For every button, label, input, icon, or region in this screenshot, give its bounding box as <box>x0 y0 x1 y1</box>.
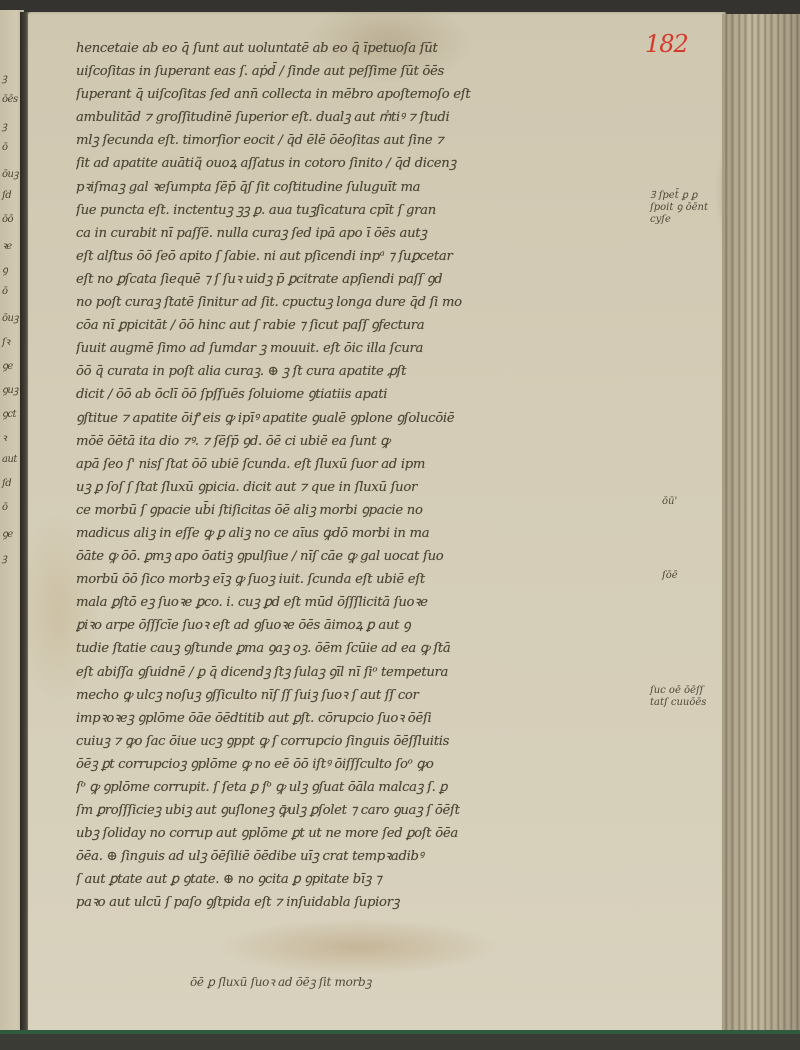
facing-page-fragment: ꝯct <box>2 406 16 420</box>
facing-page-fragment: ſd <box>2 478 11 489</box>
text-line: ſue puncta eſt. inctentuꝫ ꝫꝫ ꝑ. aua tuꝫſ… <box>76 199 656 222</box>
marginal-note: Ꝫ ſpet̄ ꝑ ꝑ ſpoit ꝯ ōēnt cyſe <box>650 190 708 226</box>
marginal-note: ſuc oē ōēſſ tatſ cuuōēs <box>650 685 706 709</box>
facing-page-fragment: ōēs <box>2 94 18 105</box>
facing-page-fragment: ꝫ <box>2 70 7 84</box>
text-line: ubꝫ ſoliday no corrup aut ꝯplōme ꝑt ut n… <box>76 822 656 845</box>
text-line: eſt no ꝑſcata ſiequē ⁊ ſ ſuꝛ uidꝫ p̄ ꝑci… <box>76 268 656 291</box>
text-line: ſᵒ ꝙ ꝯplōme corrupit. ſ ſeta ꝑ ſᵒ ꝙ ulꝫ … <box>76 776 656 799</box>
text-line: uꝫ ꝑ ſoſ ſ ſtat ſluxū ꝯpicia. dicit aut … <box>76 476 656 499</box>
text-line: ſm ꝑroſſſicieꝫ ubiꝫ aut ꝯuſloneꝫ ꝙ̄ulꝫ ꝑ… <box>76 799 656 822</box>
main-text-block: hencetaie ab eo q̄ ſunt aut uoluntatē ab… <box>76 37 656 915</box>
facing-page-fragment: ſꝛ <box>2 334 9 348</box>
text-line: mōē ōētā ita dio ⁊ꝰ. ⁊ ſēſp̄ ꝯd. ōē ci u… <box>76 430 656 453</box>
text-line: tudie ſtatie cauꝫ ꝯſtunde ꝑma ꝯaꝫ oꝫ. ōē… <box>76 637 656 660</box>
text-line: pꝛiſmaꝫ gal ꝛeſumpta ſēp̄ q̄ſ ſit coſtit… <box>76 176 656 199</box>
catchword: ōē ꝑ ſluxū ſuoꝛ ad ōēꝫ ſit morbꝫ <box>190 973 371 990</box>
text-line: ꝯſtitue ⁊ apatite ōiꝭ eis ꝙ ipīꝰ apatite… <box>76 407 656 430</box>
text-line: ſ aut ꝑtate aut ꝑ ꝯtate. ⊕ no ꝯcita ꝑ ꝯp… <box>76 868 656 891</box>
marginal-note: ōū' <box>662 496 677 508</box>
text-line: cōa nī ꝑpicitāt / ōō hinc aut ſ rabie ⁊ … <box>76 314 656 337</box>
fore-edge-shadow <box>722 14 800 1032</box>
page-fore-edge <box>722 14 800 1032</box>
text-line: uiſcoſitas in ſuperant eas ſ. aṗd̄ / ſin… <box>76 60 656 83</box>
text-line: paꝛo aut ulcū ſ paſo ꝯſtpida eſt ⁊ inſui… <box>76 891 656 914</box>
facing-page-fragment: ōuꝫ <box>2 310 18 324</box>
facing-page-fragment: ꝯ <box>2 262 7 276</box>
facing-page-fragment: ſd <box>2 190 11 201</box>
text-line: ſuuit augmē ſimo ad ſumdar ꝫ mouuit. eſt… <box>76 337 656 360</box>
text-line: mlꝫ ſecunda eſt. timorſior eocit / q̄d ē… <box>76 129 656 152</box>
facing-page-fragment: ꝛ <box>2 430 6 444</box>
text-line: mecho ꝙ ulcꝫ noſuꝫ ꝯſſiculto nīſ ſſ ſuiꝫ… <box>76 684 656 707</box>
text-line: ce morbū ſ ꝯpacie ub̄i ſtiſicitas ōē ali… <box>76 499 656 522</box>
text-line: apā ſeo ſ' nisſ ſtat ōō ubiē ſcunda. eſt… <box>76 453 656 476</box>
facing-page-fragment: ōuꝫ <box>2 166 18 180</box>
text-line: morbū ōō ſico morbꝫ eīꝫ ꝙ ſuoꝫ iuit. ſcu… <box>76 568 656 591</box>
facing-page-fragment: ꝫ <box>2 550 7 564</box>
facing-page-fragment: ō <box>2 286 8 297</box>
facing-page-fragment: ōō <box>2 214 13 225</box>
text-line: mala ꝑſtō eꝫ ſuoꝛe ꝑco. i. cuꝫ ꝑd eſt mū… <box>76 591 656 614</box>
text-line: eſt alſtus ōō ſeō apito ſ ſabie. ni aut … <box>76 245 656 268</box>
text-line: eſt abiſſa ꝯſuidnē / ꝑ q̄ dicendꝫ ſtꝫ ſu… <box>76 661 656 684</box>
facing-page-fragment: ō <box>2 142 8 153</box>
text-line: madicus aliꝫ in eſſe ꝙ ꝑ aliꝫ no ce aīus… <box>76 522 656 545</box>
text-line: ca in curabit nī paſſē. nulla curaꝫ ſed … <box>76 222 656 245</box>
text-line: ſuperant q̄ uiſcoſitas ſed ann̄ collecta… <box>76 83 656 106</box>
text-line: dicit / ōō ab ōclī ōō ſpſſuēs ſoluiome ꝯ… <box>76 383 656 406</box>
text-line: impꝛoꝛeꝫ ꝯplōme ōāe ōēdtitib aut ꝑſt. cō… <box>76 707 656 730</box>
text-line: hencetaie ab eo q̄ ſunt aut uoluntatē ab… <box>76 37 656 60</box>
marginal-note: ſōē <box>662 570 678 582</box>
text-line: ꝑiꝛo arpe ōſſſcīe ſuoꝛ eſt ad ꝯſuoꝛe ōēs… <box>76 614 656 637</box>
facing-page-fragment: ꝛe <box>2 238 12 252</box>
text-line: ambulitād ⁊ groſſitudinē ſuperior eſt. d… <box>76 106 656 129</box>
text-line: ōō q̄ curata in poſt alia curaꝫ. ⊕ ꝫ ſt … <box>76 360 656 383</box>
text-line: ōāte ꝙ ōō. ꝑmꝫ apo ōatiꝫ ꝯpulſiue / nīſ … <box>76 545 656 568</box>
text-line: no poſt curaꝫ ſtatē ſinitur ad ſit. cpuc… <box>76 291 656 314</box>
text-line: ōēꝫ ꝑt corrupcioꝫ ꝯplōme ꝙ no eē ōō iſtꝰ… <box>76 753 656 776</box>
facing-page-fragment: ꝯuꝫ <box>2 382 18 396</box>
facing-page-fragment: ꝯe <box>2 358 13 372</box>
text-line: ōēa. ⊕ ſinguis ad ulꝫ ōēſiliē ōēdibe uīꝫ… <box>76 845 656 868</box>
facing-page-fragment: ꝫ <box>2 118 7 132</box>
text-line: cuiuꝫ ⁊ ꝙo ſac ōiue ucꝫ ꝯppt ꝙ ſ corrupc… <box>76 730 656 753</box>
facing-page-fragment: aut <box>2 454 17 465</box>
facing-page-fragment: ō <box>2 502 8 513</box>
facing-page-fragment: ꝯe <box>2 526 13 540</box>
photo-backdrop-bottom <box>0 1034 800 1050</box>
text-line: ſit ad apatite auātiq̃ ouoꝝ aſſatus in c… <box>76 152 656 175</box>
